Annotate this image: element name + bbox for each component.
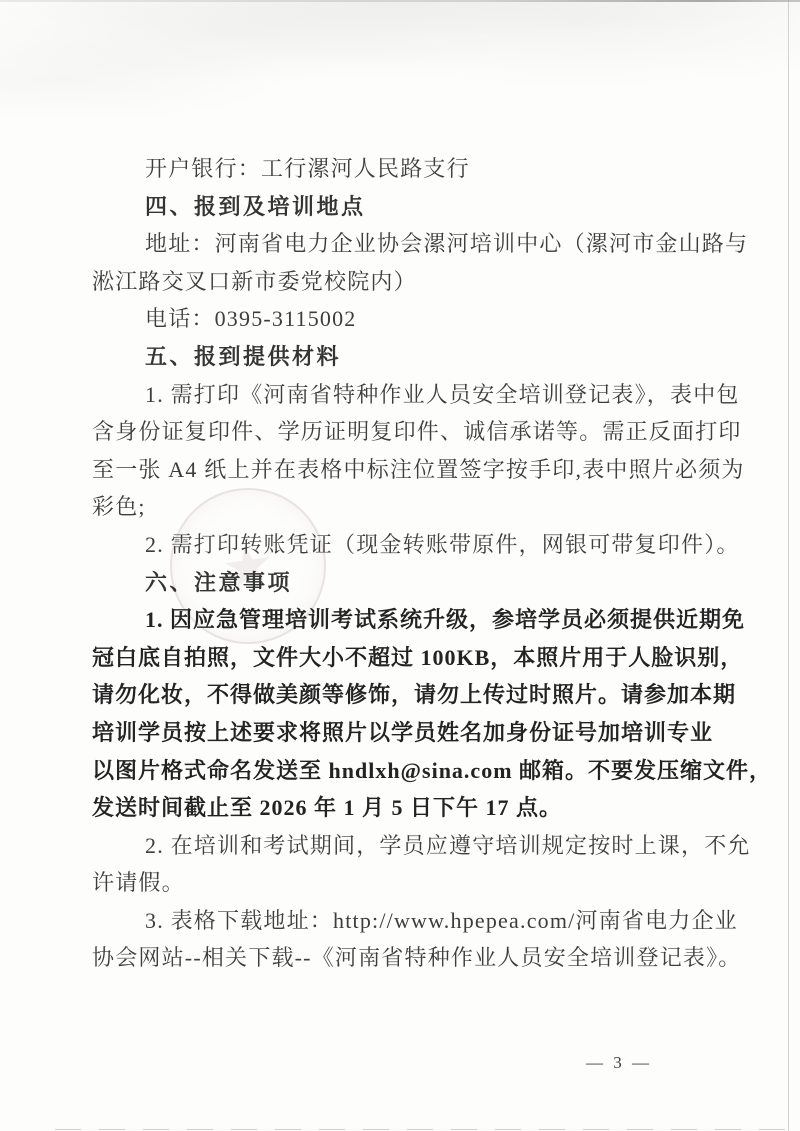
body-text-line: 含身份证复印件、学历证明复印件、诚信承诺等。需正反面打印 [92, 413, 717, 451]
document-body: 开户银行：工行漯河人民路支行四、报到及培训地点地址：河南省电力企业协会漯河培训中… [92, 150, 717, 977]
body-text-line: 淞江路交叉口新市委党校院内） [92, 263, 717, 301]
scan-edge-right [788, 0, 789, 1131]
body-text-line: 请勿化妆，不得做美颜等修饰，请勿上传过时照片。请参加本期 [92, 676, 717, 714]
body-text-line: 1. 需打印《河南省特种作业人员安全培训登记表》，表中包 [92, 376, 717, 414]
body-text-line: 协会网站--相关下载--《河南省特种作业人员安全培训登记表》。 [92, 939, 717, 977]
body-text-line: 3. 表格下载地址：http://www.hpepea.com/河南省电力企业 [92, 902, 717, 940]
section-heading: 四、报到及培训地点 [92, 188, 717, 226]
body-text-line: 彩色; [92, 488, 717, 526]
scanned-document-page: ★ 开户银行：工行漯河人民路支行四、报到及培训地点地址：河南省电力企业协会漯河培… [0, 0, 800, 1131]
body-text-line: 开户银行：工行漯河人民路支行 [92, 150, 717, 188]
body-text-line: 电话：0395-3115002 [92, 300, 717, 338]
scan-edge-top [0, 0, 800, 2]
body-text-line: 冠白底自拍照，文件大小不超过 100KB，本照片用于人脸识别， [92, 639, 717, 677]
body-text-line: 以图片格式命名发送至 hndlxh@sina.com 邮箱。不要发压缩文件， [92, 752, 717, 790]
body-text-line: 许请假。 [92, 864, 717, 902]
scan-edge-bottom [55, 1129, 785, 1130]
body-text-line: 地址：河南省电力企业协会漯河培训中心（漯河市金山路与 [92, 225, 717, 263]
body-text-line: 1. 因应急管理培训考试系统升级，参培学员必须提供近期免 [92, 601, 717, 639]
section-heading: 五、报到提供材料 [92, 338, 717, 376]
body-text-line: 至一张 A4 纸上并在表格中标注位置签字按手印,表中照片必须为 [92, 451, 717, 489]
page-number: — 3 — [586, 1053, 652, 1073]
section-heading: 六、注意事项 [92, 564, 717, 602]
body-text-line: 培训学员按上述要求将照片以学员姓名加身份证号加培训专业 [92, 714, 717, 752]
body-text-line: 2. 需打印转账凭证（现金转账带原件，网银可带复印件）。 [92, 526, 717, 564]
body-text-line: 发送时间截止至 2026 年 1 月 5 日下午 17 点。 [92, 789, 717, 827]
body-text-line: 2. 在培训和考试期间，学员应遵守培训规定按时上课，不允 [92, 827, 717, 865]
